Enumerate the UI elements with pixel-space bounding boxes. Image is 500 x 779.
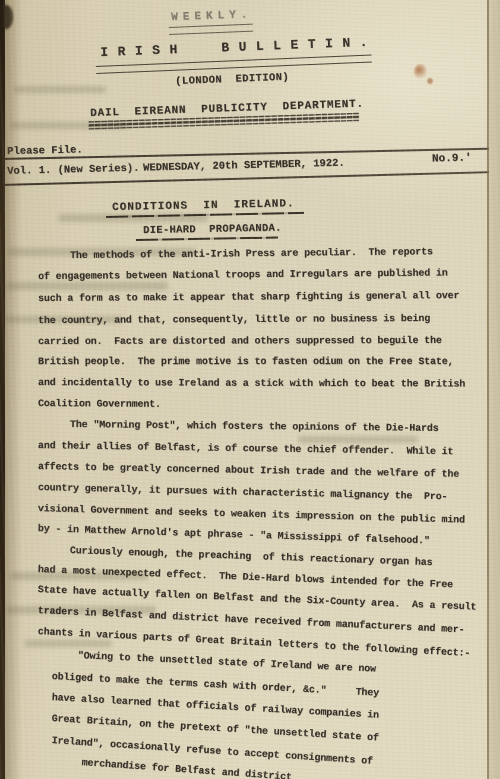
body-line: "Owing to the unsettled state of Ireland…: [77, 650, 376, 677]
body-line: of engagements between National troops a…: [38, 267, 448, 284]
binding-shadow: [5, 0, 22, 779]
foxing-stain: [414, 64, 427, 79]
page-right-margin: [489, 0, 500, 779]
body-line: such a form as to make it appear that sh…: [38, 290, 459, 306]
date-label: WEDNESDAY, 20th SEPTEMBER, 1922.: [143, 158, 345, 175]
body-line: The "Morning Post", which fosters the op…: [70, 419, 439, 436]
weekly-double-rule: [169, 24, 253, 35]
body-line: by - in Matthew Arnold's apt phrase - "a…: [38, 523, 430, 548]
body-line: country generally, it pursues with chara…: [38, 482, 448, 504]
heading-propaganda-underline: [136, 237, 278, 241]
heading-propaganda: DIE-HARD PROPAGANDA.: [143, 223, 282, 237]
body-line: and incidentally to use Ireland as a sti…: [38, 377, 465, 391]
foxing-stain-small: [427, 78, 433, 84]
issue-number: No.9.': [432, 152, 472, 165]
body-line: visional Government and seeks to weaken …: [38, 503, 465, 528]
body-line: British people. The prime motive is to f…: [38, 356, 453, 369]
bleedthrough-streak: [298, 436, 418, 443]
body-line: the country, and that, consequently, lit…: [38, 313, 430, 328]
binding-corner-mark: [0, 5, 13, 29]
document-photo: WEEKLY. IRISH BULLETIN. (LONDON EDITION)…: [0, 0, 500, 779]
body-line: Coalition Government.: [38, 398, 161, 412]
masthead-weekly: WEEKLY.: [171, 9, 253, 24]
body-line: affects to be greatly concerned about Ir…: [38, 461, 459, 482]
body-line: carried on. Facts are distorted and othe…: [38, 335, 442, 349]
body-line: The methods of the anti-Irish Press are …: [70, 246, 433, 263]
volume-label: Vol. 1. (New Series).: [7, 163, 140, 178]
masthead-edition: (LONDON EDITION): [175, 72, 289, 88]
bleedthrough-streak: [14, 86, 106, 93]
